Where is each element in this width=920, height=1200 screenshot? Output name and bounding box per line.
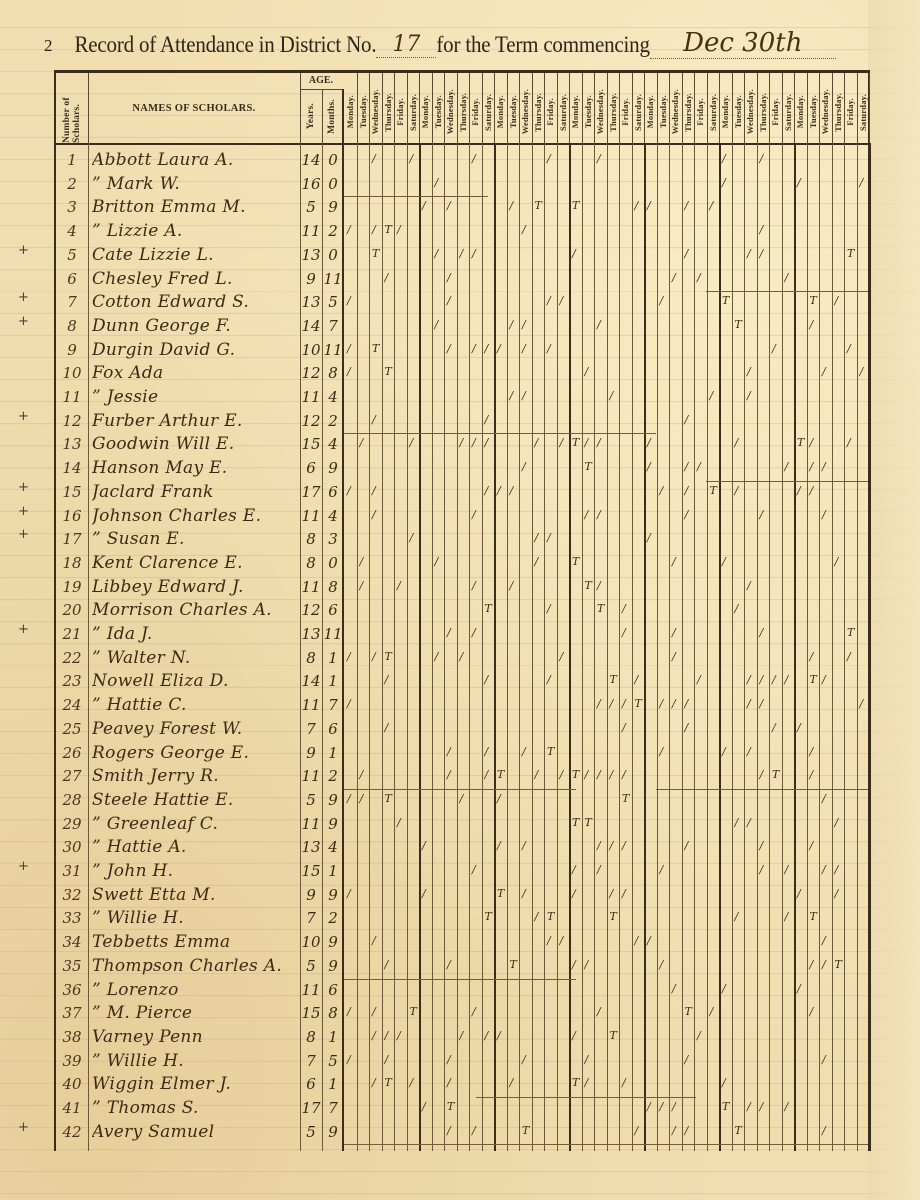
scholar-name: ” Hattie C.: [92, 694, 298, 716]
scholar-name: Dunn George F.: [92, 315, 298, 337]
scholar-name: ” Jessie: [92, 386, 298, 408]
attendance-mark: /: [360, 436, 364, 449]
attendance-mark: /: [622, 721, 626, 734]
day-label: Wednesday.: [520, 89, 530, 134]
scholar-name: Furber Arthur E.: [92, 410, 298, 432]
attendance-mark: /: [410, 436, 414, 449]
day-label: Tuesday.: [508, 95, 518, 128]
tardy-mark: T: [385, 365, 392, 378]
scholar-number: 24: [56, 694, 88, 716]
scholar-name: Fox Ada: [92, 362, 298, 384]
attendance-mark: /: [447, 768, 451, 781]
attendance-mark: /: [360, 579, 364, 592]
attendance-mark: /: [685, 199, 689, 212]
attendance-mark: /: [797, 887, 801, 900]
attendance-mark: /: [585, 1053, 589, 1066]
attendance-mark: /: [572, 887, 576, 900]
attendance-mark: /: [422, 1100, 426, 1113]
day-label: Monday.: [720, 95, 730, 128]
attendance-mark: /: [397, 816, 401, 829]
attendance-mark: /: [385, 673, 389, 686]
day-label: Monday.: [495, 95, 505, 128]
attendance-mark: /: [472, 436, 476, 449]
scholar-name: Morrison Charles A.: [92, 599, 298, 621]
attendance-mark: /: [672, 697, 676, 710]
day-column-header: Saturday.: [557, 73, 571, 147]
age-years: 13: [300, 836, 322, 858]
day-column-header: Monday.: [344, 73, 358, 147]
scholar-number: 28: [56, 789, 88, 811]
scholar-row: 35Thompson Charles A.59: [56, 955, 868, 978]
age-months: 8: [322, 362, 344, 384]
attendance-mark: /: [622, 602, 626, 615]
attendance-mark: /: [710, 389, 714, 402]
attendance-mark: /: [560, 294, 564, 307]
age-years: 17: [300, 1097, 322, 1119]
attendance-mark: /: [560, 436, 564, 449]
tardy-mark: T: [585, 816, 592, 829]
attendance-mark: /: [822, 460, 826, 473]
attendance-mark: /: [847, 342, 851, 355]
attendance-mark: /: [647, 1100, 651, 1113]
attendance-mark: /: [522, 460, 526, 473]
age-months: 4: [322, 836, 344, 858]
attendance-mark: /: [560, 650, 564, 663]
attendance-mark: /: [547, 673, 551, 686]
attendance-mark: /: [760, 839, 764, 852]
attendance-mark: /: [722, 152, 726, 165]
scholar-name: Steele Hattie E.: [92, 789, 298, 811]
scholar-number: 6: [56, 268, 88, 290]
scholar-row: 16Johnson Charles E.114: [56, 505, 868, 528]
attendance-mark: /: [472, 342, 476, 355]
attendance-mark: /: [547, 602, 551, 615]
scholar-name: ” Mark W.: [92, 173, 298, 195]
age-years: 15: [300, 860, 322, 882]
scholar-name: Thompson Charles A.: [92, 955, 298, 977]
scholar-row: 2” Mark W.160: [56, 173, 868, 196]
names-header-label: NAMES OF SCHOLARS.: [132, 103, 255, 114]
scholar-number: 41: [56, 1097, 88, 1119]
age-months: 9: [322, 955, 344, 977]
attendance-mark: /: [522, 223, 526, 236]
attendance-mark: /: [597, 863, 601, 876]
day-column-header: Tuesday.: [507, 73, 521, 147]
attendance-mark: /: [860, 365, 864, 378]
scholar-name: Avery Samuel: [92, 1121, 298, 1143]
attendance-mark: /: [397, 1029, 401, 1042]
scholar-row: 33” Willie H.72: [56, 907, 868, 930]
attendance-mark: /: [447, 342, 451, 355]
attendance-mark: /: [672, 982, 676, 995]
age-years: 11: [300, 979, 322, 1001]
scholar-name: ” Thomas S.: [92, 1097, 298, 1119]
scholar-name: ” John H.: [92, 860, 298, 882]
attendance-mark: /: [435, 650, 439, 663]
scholar-name: Chesley Fred L.: [92, 268, 298, 290]
day-label: Tuesday.: [358, 95, 368, 128]
margin-check-mark: +: [18, 622, 29, 637]
attendance-mark: /: [672, 650, 676, 663]
day-column-header: Saturday.: [707, 73, 721, 147]
scholar-name: ” Susan E.: [92, 528, 298, 550]
tardy-mark: T: [385, 792, 392, 805]
attendance-mark: /: [447, 958, 451, 971]
tardy-mark: T: [372, 342, 379, 355]
tardy-mark: T: [772, 768, 779, 781]
attendance-mark: /: [535, 531, 539, 544]
attendance-mark: /: [722, 555, 726, 568]
scholar-row: 27Smith Jerry R.112: [56, 765, 868, 788]
term-divider-line: [706, 291, 868, 292]
attendance-mark: /: [647, 934, 651, 947]
day-label: Friday.: [695, 98, 705, 126]
attendance-mark: /: [722, 982, 726, 995]
attendance-mark: /: [447, 199, 451, 212]
scholar-row: 36” Lorenzo116: [56, 979, 868, 1002]
attendance-mark: /: [822, 958, 826, 971]
attendance-mark: /: [785, 460, 789, 473]
scholar-row: 9Durgin David G.1011: [56, 339, 868, 362]
day-label: Monday.: [420, 95, 430, 128]
scholar-number: 19: [56, 576, 88, 598]
attendance-mark: /: [572, 958, 576, 971]
day-label: Saturday.: [408, 94, 418, 131]
page-header: 2 Record of Attendance in District No. 1…: [44, 28, 904, 64]
attendance-mark: /: [810, 650, 814, 663]
age-months: 0: [322, 552, 344, 574]
attendance-mark: /: [660, 958, 664, 971]
day-label: Thursday.: [833, 93, 843, 132]
tardy-mark: T: [485, 602, 492, 615]
attendance-mark: /: [485, 342, 489, 355]
day-label: Wednesday.: [670, 89, 680, 134]
day-label: Tuesday.: [733, 95, 743, 128]
attendance-mark: /: [397, 579, 401, 592]
attendance-mark: /: [822, 673, 826, 686]
attendance-mark: /: [460, 650, 464, 663]
age-months: 1: [322, 1073, 344, 1095]
scholar-row: 32Swett Etta M.99: [56, 884, 868, 907]
number-header-label: Number of Scholars.: [62, 73, 82, 143]
day-column-header: Friday.: [619, 73, 633, 147]
attendance-mark: /: [372, 223, 376, 236]
attendance-mark: /: [522, 887, 526, 900]
tardy-mark: T: [572, 199, 579, 212]
attendance-mark: /: [810, 436, 814, 449]
attendance-table: Number of Scholars. NAMES OF SCHOLARS. A…: [54, 70, 870, 1151]
scholar-number: 4: [56, 220, 88, 242]
day-label: Saturday.: [783, 94, 793, 131]
age-years: 8: [300, 552, 322, 574]
age-months: 2: [322, 907, 344, 929]
scholar-name: Goodwin Will E.: [92, 433, 298, 455]
attendance-mark: /: [835, 816, 839, 829]
scholar-number: 26: [56, 742, 88, 764]
day-label: Thursday.: [683, 93, 693, 132]
scholar-number: 15: [56, 481, 88, 503]
scholar-name: Jaclard Frank: [92, 481, 298, 503]
attendance-mark: /: [635, 934, 639, 947]
attendance-mark: /: [685, 697, 689, 710]
attendance-mark: /: [622, 768, 626, 781]
age-years: 7: [300, 718, 322, 740]
attendance-mark: /: [672, 1124, 676, 1137]
age-months: 8: [322, 576, 344, 598]
age-months: 9: [322, 196, 344, 218]
attendance-mark: /: [435, 318, 439, 331]
scholar-name: Wiggin Elmer J.: [92, 1073, 298, 1095]
scholar-number: 42: [56, 1121, 88, 1143]
day-label: Saturday.: [558, 94, 568, 131]
attendance-mark: /: [535, 436, 539, 449]
day-label: Monday.: [570, 95, 580, 128]
day-column-header: Monday.: [419, 73, 433, 147]
attendance-mark: /: [447, 1076, 451, 1089]
attendance-mark: /: [822, 1053, 826, 1066]
age-months: 9: [322, 457, 344, 479]
scholar-number: 31: [56, 860, 88, 882]
age-months: 9: [322, 813, 344, 835]
attendance-mark: /: [835, 887, 839, 900]
age-years: 5: [300, 955, 322, 977]
attendance-mark: /: [460, 436, 464, 449]
day-label: Wednesday.: [370, 89, 380, 134]
attendance-mark: /: [747, 247, 751, 260]
scholar-row: 14Hanson May E.69: [56, 457, 868, 480]
tardy-mark: T: [547, 745, 554, 758]
day-label: Wednesday.: [445, 89, 455, 134]
scholar-row: 7Cotton Edward S.135: [56, 291, 868, 314]
age-months: 1: [322, 860, 344, 882]
scholar-number: 34: [56, 931, 88, 953]
attendance-mark: /: [360, 555, 364, 568]
day-column-header: Tuesday.: [582, 73, 596, 147]
attendance-mark: /: [497, 484, 501, 497]
attendance-mark: /: [510, 1076, 514, 1089]
scholar-name: ” Ida J.: [92, 623, 298, 645]
attendance-mark: /: [372, 1029, 376, 1042]
day-column-header: Tuesday.: [807, 73, 821, 147]
scholar-row: 3Britton Emma M.59: [56, 196, 868, 219]
attendance-mark: /: [710, 1005, 714, 1018]
tardy-mark: T: [722, 294, 729, 307]
scholar-name: Smith Jerry R.: [92, 765, 298, 787]
attendance-mark: /: [747, 673, 751, 686]
attendance-mark: /: [672, 626, 676, 639]
scholar-row: 8Dunn George F.147: [56, 315, 868, 338]
attendance-mark: /: [772, 673, 776, 686]
tardy-mark: T: [447, 1100, 454, 1113]
day-column-header: Wednesday.: [369, 73, 383, 147]
attendance-mark: /: [447, 626, 451, 639]
term-divider-line: [344, 979, 576, 980]
term-divider-line: [344, 433, 656, 434]
attendance-mark: /: [660, 745, 664, 758]
scholar-number: 2: [56, 173, 88, 195]
attendance-mark: /: [660, 1100, 664, 1113]
attendance-mark: /: [760, 223, 764, 236]
months-header-label: Months.: [327, 99, 337, 134]
attendance-mark: /: [672, 1100, 676, 1113]
attendance-mark: /: [685, 247, 689, 260]
attendance-mark: /: [685, 721, 689, 734]
age-years: 10: [300, 339, 322, 361]
age-months: 0: [322, 149, 344, 171]
attendance-mark: /: [647, 531, 651, 544]
attendance-mark: /: [410, 152, 414, 165]
day-label: Saturday.: [483, 94, 493, 131]
scholar-number: 40: [56, 1073, 88, 1095]
attendance-mark: /: [347, 294, 351, 307]
attendance-mark: /: [660, 863, 664, 876]
scholar-number: 21: [56, 623, 88, 645]
age-months: 7: [322, 1097, 344, 1119]
attendance-mark: /: [685, 1053, 689, 1066]
attendance-mark: /: [597, 1005, 601, 1018]
age-years: 6: [300, 1073, 322, 1095]
attendance-mark: /: [810, 768, 814, 781]
age-years: 12: [300, 410, 322, 432]
age-years: 15: [300, 433, 322, 455]
scholar-number: 39: [56, 1050, 88, 1072]
age-years: 8: [300, 647, 322, 669]
age-years: 11: [300, 220, 322, 242]
attendance-mark: /: [522, 318, 526, 331]
tardy-mark: T: [710, 484, 717, 497]
age-years: 10: [300, 931, 322, 953]
scholar-number: 35: [56, 955, 88, 977]
attendance-mark: /: [410, 531, 414, 544]
day-label: Tuesday.: [658, 95, 668, 128]
attendance-mark: /: [472, 247, 476, 260]
margin-check-mark: +: [18, 527, 29, 542]
day-column-header: Thursday.: [832, 73, 846, 147]
tardy-mark: T: [635, 697, 642, 710]
attendance-mark: /: [547, 342, 551, 355]
attendance-mark: /: [722, 745, 726, 758]
scholar-number: 9: [56, 339, 88, 361]
day-label: Friday.: [545, 98, 555, 126]
age-years: 8: [300, 1026, 322, 1048]
years-header-label: Years.: [306, 103, 316, 129]
attendance-mark: /: [485, 1029, 489, 1042]
attendance-mark: /: [772, 721, 776, 734]
scholar-number: 7: [56, 291, 88, 313]
day-label: Monday.: [645, 95, 655, 128]
attendance-mark: /: [822, 863, 826, 876]
attendance-mark: /: [785, 1100, 789, 1113]
age-months: 2: [322, 765, 344, 787]
attendance-mark: /: [372, 1076, 376, 1089]
scholar-name: ” Lorenzo: [92, 979, 298, 1001]
scholar-name: Britton Emma M.: [92, 196, 298, 218]
scholar-row: 30” Hattie A.134: [56, 836, 868, 859]
page-number: 2: [44, 36, 53, 56]
attendance-mark: /: [547, 152, 551, 165]
attendance-mark: /: [522, 839, 526, 852]
attendance-mark: /: [760, 247, 764, 260]
attendance-mark: /: [685, 460, 689, 473]
day-column-header: Tuesday.: [357, 73, 371, 147]
attendance-mark: /: [610, 697, 614, 710]
scholar-number: 33: [56, 907, 88, 929]
day-column-header: Friday.: [694, 73, 708, 147]
age-months: 1: [322, 647, 344, 669]
day-label: Saturday.: [708, 94, 718, 131]
scholar-row: 34Tebbetts Emma109: [56, 931, 868, 954]
age-months: 9: [322, 789, 344, 811]
attendance-mark: /: [372, 413, 376, 426]
title-part-1: Record of Attendance in District No.: [75, 31, 377, 59]
age-months: 6: [322, 979, 344, 1001]
attendance-mark: /: [860, 697, 864, 710]
scholar-row: 40Wiggin Elmer J.61: [56, 1073, 868, 1096]
scholar-row: 37” M. Pierce158: [56, 1002, 868, 1025]
attendance-mark: /: [547, 934, 551, 947]
attendance-mark: /: [385, 721, 389, 734]
margin-check-mark: +: [18, 504, 29, 519]
term-divider-line: [656, 789, 868, 790]
scholar-number: 3: [56, 196, 88, 218]
attendance-mark: /: [822, 365, 826, 378]
attendance-mark: /: [822, 792, 826, 805]
age-years: 11: [300, 505, 322, 527]
attendance-mark: /: [510, 318, 514, 331]
scholar-number: 12: [56, 410, 88, 432]
age-years: 11: [300, 813, 322, 835]
attendance-mark: /: [747, 1100, 751, 1113]
attendance-mark: /: [385, 958, 389, 971]
attendance-mark: /: [422, 839, 426, 852]
attendance-mark: /: [447, 745, 451, 758]
attendance-mark: /: [347, 223, 351, 236]
age-years: 15: [300, 1002, 322, 1024]
day-label: Friday.: [395, 98, 405, 126]
attendance-mark: /: [372, 484, 376, 497]
scholar-row: 25Peavey Forest W.76: [56, 718, 868, 741]
attendance-mark: /: [372, 508, 376, 521]
attendance-mark: /: [810, 318, 814, 331]
attendance-mark: /: [372, 152, 376, 165]
attendance-mark: /: [347, 1053, 351, 1066]
tardy-mark: T: [810, 673, 817, 686]
attendance-mark: /: [797, 721, 801, 734]
attendance-mark: /: [485, 673, 489, 686]
age-years: 12: [300, 362, 322, 384]
attendance-mark: /: [622, 1076, 626, 1089]
day-column-header: Friday.: [469, 73, 483, 147]
age-years: 12: [300, 599, 322, 621]
age-years: 6: [300, 457, 322, 479]
tardy-mark: T: [572, 555, 579, 568]
age-years: 16: [300, 173, 322, 195]
age-years: 14: [300, 149, 322, 171]
age-months: 7: [322, 694, 344, 716]
attendance-mark: /: [410, 1076, 414, 1089]
day-label: Thursday.: [608, 93, 618, 132]
attendance-mark: /: [747, 697, 751, 710]
age-years: 7: [300, 907, 322, 929]
day-column-header: Thursday.: [457, 73, 471, 147]
age-years: 14: [300, 315, 322, 337]
scholar-row: 20Morrison Charles A.126: [56, 599, 868, 622]
scholar-number: 32: [56, 884, 88, 906]
day-label: Thursday.: [383, 93, 393, 132]
age-months: 1: [322, 742, 344, 764]
day-label: Friday.: [620, 98, 630, 126]
day-column-header: Tuesday.: [657, 73, 671, 147]
